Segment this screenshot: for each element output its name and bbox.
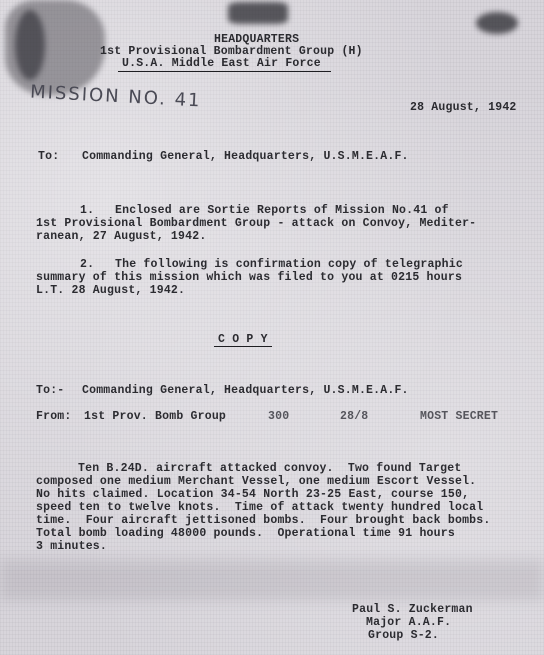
telegram-body-line: time. Four aircraft jettisoned bombs. Fo… bbox=[36, 514, 490, 527]
paragraph-number: 2. bbox=[80, 258, 94, 271]
telegram-body-line: Total bomb loading 48000 pounds. Operati… bbox=[36, 527, 455, 540]
document-date: 28 August, 1942 bbox=[410, 101, 517, 114]
paragraph-line: Enclosed are Sortie Reports of Mission N… bbox=[115, 204, 449, 217]
paragraph-line: summary of this mission which was filed … bbox=[36, 271, 462, 284]
telegram-body-line: 3 minutes. bbox=[36, 540, 107, 553]
signature-name: Paul S. Zuckerman bbox=[352, 603, 473, 616]
paragraph-line: L.T. 28 August, 1942. bbox=[36, 284, 185, 297]
paragraph-line: ranean, 27 August, 1942. bbox=[36, 230, 206, 243]
signature-title: Group S-2. bbox=[368, 629, 439, 642]
telegram-body-line: composed one medium Merchant Vessel, one… bbox=[36, 475, 476, 488]
telegram-from-label: From: bbox=[36, 410, 72, 423]
paragraph-line: The following is confirmation copy of te… bbox=[115, 258, 463, 271]
paragraph-line: 1st Provisional Bombardment Group - atta… bbox=[36, 217, 476, 230]
telegram-body-line: Ten B.24D. aircraft attacked convoy. Two… bbox=[78, 462, 461, 475]
telegram-number: 300 bbox=[268, 410, 289, 423]
to-recipient: Commanding General, Headquarters, U.S.M.… bbox=[82, 150, 409, 163]
telegram-to-label: To:- bbox=[36, 384, 64, 397]
letterhead-command: U.S.A. Middle East Air Force bbox=[118, 57, 331, 72]
paragraph-number: 1. bbox=[80, 204, 94, 217]
telegram-date: 28/8 bbox=[340, 410, 368, 423]
telegram-body-line: No hits claimed. Location 34-54 North 23… bbox=[36, 488, 469, 501]
scan-smudge bbox=[0, 560, 544, 600]
signature-rank: Major A.A.F. bbox=[366, 616, 451, 629]
scan-smudge bbox=[15, 10, 45, 80]
telegram-from-sender: 1st Prov. Bomb Group bbox=[84, 410, 226, 423]
scan-smudge bbox=[228, 2, 288, 24]
copy-heading: C O P Y bbox=[214, 333, 272, 347]
to-label: To: bbox=[38, 150, 59, 163]
scan-smudge bbox=[476, 12, 518, 34]
telegram-to-recipient: Commanding General, Headquarters, U.S.M.… bbox=[82, 384, 409, 397]
classification-marking: MOST SECRET bbox=[420, 410, 498, 423]
telegram-body-line: speed ten to twelve knots. Time of attac… bbox=[36, 501, 483, 514]
